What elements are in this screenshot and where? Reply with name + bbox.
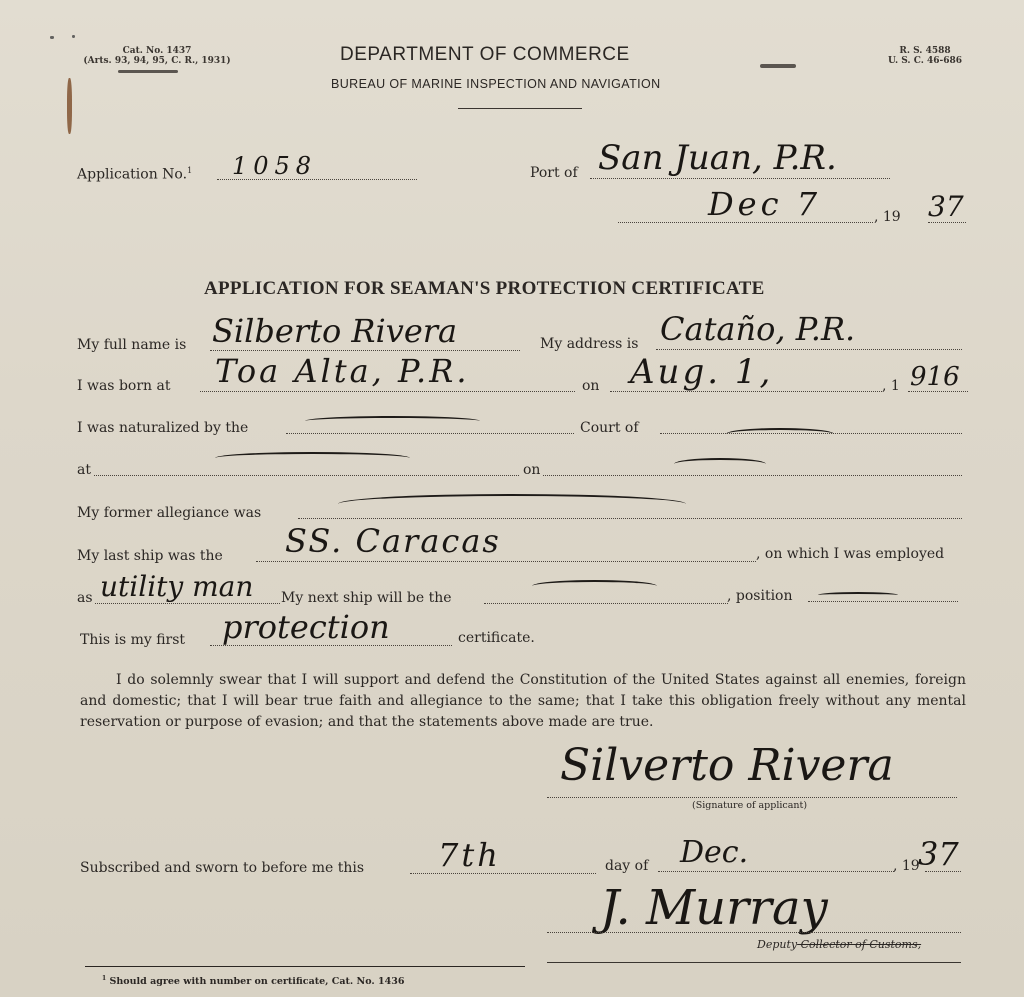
oath-paragraph: I do solemnly swear that I will support … [80, 670, 966, 733]
naturalized-at-field[interactable] [94, 475, 519, 476]
last-ship-label: My last ship was the [77, 548, 223, 564]
bureau-subtitle: BUREAU OF MARINE INSPECTION AND NAVIGATI… [331, 77, 661, 91]
cat-articles: (Arts. 93, 94, 95, C. R., 1931) [80, 56, 234, 66]
port-field[interactable] [590, 178, 890, 179]
footnote: 1 Should agree with number on certificat… [102, 975, 404, 987]
next-ship-label: My next ship will be the [281, 590, 452, 606]
position-label: , position [727, 588, 793, 604]
naturalized-on-label: on [523, 462, 540, 478]
blank-dash [532, 580, 657, 592]
official-title-collector-struck: Collector of Customs, [797, 938, 921, 951]
sworn-label: Subscribed and sworn to before me this [80, 860, 364, 876]
sworn-month-field[interactable] [658, 871, 894, 872]
born-year-value: 916 [910, 362, 960, 392]
blank-dash [726, 428, 834, 440]
applicant-signature-line[interactable] [547, 797, 957, 798]
position-field[interactable] [808, 601, 958, 602]
last-ship-field[interactable] [256, 561, 756, 562]
full-name-field[interactable] [210, 350, 520, 351]
official-title-underline [547, 962, 961, 963]
last-ship-value: SS. Caracas [285, 522, 501, 560]
form-title: APPLICATION FOR SEAMAN'S PROTECTION CERT… [204, 278, 765, 300]
rust-stain [67, 78, 72, 134]
statute-block: R. S. 4588 U. S. C. 46-686 [870, 46, 980, 66]
naturalized-by-field[interactable] [286, 433, 574, 434]
sworn-day-value: 7th [438, 836, 501, 874]
official-signature: J. Murray [600, 880, 828, 936]
official-signature-line[interactable] [547, 932, 961, 933]
date-year-prefix: , 19 [874, 209, 901, 225]
full-name-value: Silberto Rivera [212, 312, 457, 350]
as-value: utility man [100, 570, 253, 603]
blank-dash [338, 494, 686, 514]
born-year-prefix: , 1 [882, 378, 900, 394]
document-page: Cat. No. 1437 (Arts. 93, 94, 95, C. R., … [0, 0, 1024, 997]
sworn-year-value: 37 [918, 835, 959, 873]
former-allegiance-label: My former allegiance was [77, 505, 261, 521]
naturalized-label: I was naturalized by the [77, 420, 248, 436]
former-allegiance-field[interactable] [298, 518, 962, 519]
as-label: as [77, 590, 93, 606]
usc-reference: U. S. C. 46-686 [870, 56, 980, 66]
footnote-divider [85, 966, 525, 967]
born-at-value: Toa Alta, P.R. [215, 352, 469, 390]
footnote-text: Should agree with number on certificate,… [110, 976, 405, 987]
application-number-label: Application No.1 [77, 166, 192, 183]
ink-speck [72, 35, 75, 38]
blank-dash [305, 416, 480, 426]
born-at-field[interactable] [200, 391, 575, 392]
sworn-month-value: Dec. [680, 835, 748, 870]
naturalized-on-field[interactable] [543, 475, 962, 476]
first-certificate-label: This is my first [80, 632, 185, 648]
cat-number: Cat. No. 1437 [80, 46, 234, 56]
blank-dash [215, 452, 410, 464]
official-title: Deputy Collector of Customs, [757, 938, 921, 951]
pencil-mark [118, 70, 178, 73]
footnote-mark: 1 [102, 975, 106, 982]
cat-number-block: Cat. No. 1437 (Arts. 93, 94, 95, C. R., … [80, 46, 234, 66]
header-divider [458, 108, 582, 109]
blank-dash [818, 592, 898, 598]
applicant-signature-caption: (Signature of applicant) [692, 800, 807, 811]
naturalized-at-label: at [77, 462, 91, 478]
court-of-label: Court of [580, 420, 639, 436]
full-name-label: My full name is [77, 337, 186, 353]
first-certificate-value: protection [222, 608, 390, 646]
applicant-signature: Silverto Rivera [560, 740, 894, 791]
employed-label: , on which I was employed [756, 546, 944, 562]
born-at-label: I was born at [77, 378, 170, 394]
as-field[interactable] [95, 603, 280, 604]
address-value: Cataño, P.R. [660, 310, 855, 348]
oath-text: I do solemnly swear that I will support … [80, 670, 966, 733]
day-of-label: day of [605, 858, 648, 874]
official-title-deputy: Deputy [757, 938, 797, 951]
sworn-year-prefix: , 19 [893, 858, 920, 874]
born-on-value: Aug. 1, [630, 352, 773, 392]
pencil-mark [760, 64, 796, 68]
next-ship-field[interactable] [484, 603, 728, 604]
department-title: DEPARTMENT OF COMMERCE [340, 44, 630, 66]
port-value: San Juan, P.R. [598, 138, 837, 178]
port-label: Port of [530, 165, 578, 181]
address-field[interactable] [656, 349, 962, 350]
ink-speck [50, 36, 54, 39]
application-number-value: 1058 [232, 152, 317, 180]
certificate-label: certificate. [458, 630, 535, 646]
date-value: Dec 7 [708, 185, 821, 223]
revised-statutes: R. S. 4588 [870, 46, 980, 56]
born-on-label: on [582, 378, 599, 394]
blank-dash [674, 458, 766, 470]
address-label: My address is [540, 336, 638, 352]
date-year-value: 37 [928, 190, 964, 223]
